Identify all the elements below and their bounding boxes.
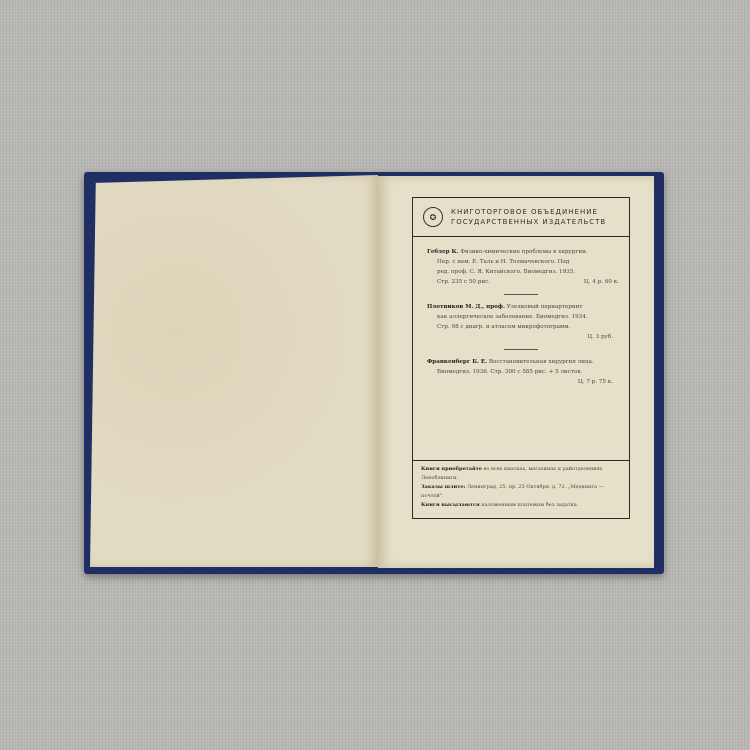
- book-entry: Франкенберг Б. Е. Восстановительная хиру…: [413, 357, 629, 387]
- left-blank-page: [90, 175, 378, 567]
- divider: [504, 294, 538, 295]
- ordering-info: Книги приобретайте во всех киосках, мага…: [413, 460, 629, 518]
- divider: [504, 349, 538, 350]
- price: Ц. 3 руб.: [427, 332, 619, 342]
- book-entry: Плотников М. Д., проф. Узелковый периарт…: [413, 302, 629, 342]
- header-line-1: КНИГОТОРГОВОЕ ОБЪЕДИНЕНИЕ: [451, 207, 606, 217]
- price: Ц. 7 р. 75 к.: [427, 377, 619, 387]
- advertisement-frame: ✪ КНИГОТОРГОВОЕ ОБЪЕДИНЕНИЕ ГОСУДАРСТВЕН…: [412, 197, 630, 519]
- publisher-logo-icon: ✪: [423, 207, 443, 227]
- publisher-header: ✪ КНИГОТОРГОВОЕ ОБЪЕДИНЕНИЕ ГОСУДАРСТВЕН…: [413, 198, 629, 237]
- book-entry: Геблер К. Физико-химические проблемы в х…: [413, 247, 629, 287]
- right-page: ✪ КНИГОТОРГОВОЕ ОБЪЕДИНЕНИЕ ГОСУДАРСТВЕН…: [378, 176, 654, 568]
- price: Ц. 4 р. 60 к.: [584, 277, 619, 287]
- header-line-2: ГОСУДАРСТВЕННЫХ ИЗДАТЕЛЬСТВ: [451, 217, 606, 227]
